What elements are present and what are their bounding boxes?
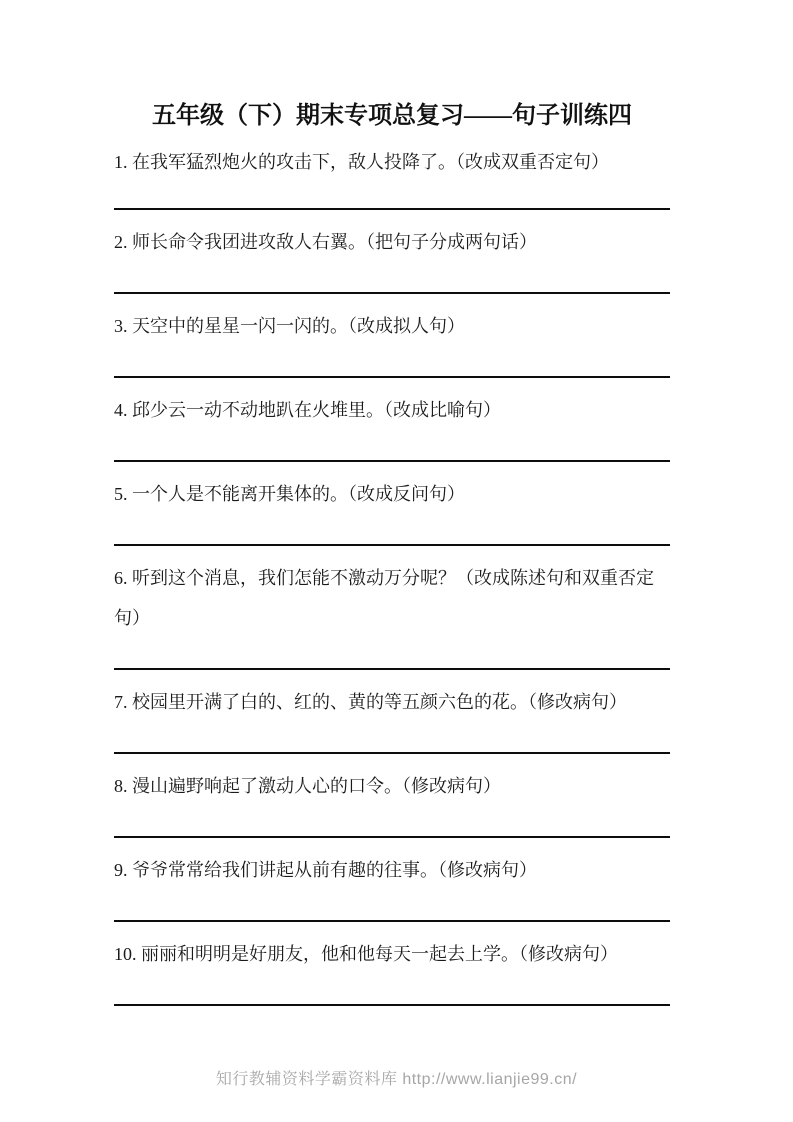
answer-line-5 [114, 544, 670, 546]
exercise-item-5: 5. 一个人是不能离开集体的。（改成反问句） [114, 474, 670, 514]
exercise-item-2: 2. 师长命令我团进攻敌人右翼。（把句子分成两句话） [114, 222, 670, 262]
exercise-list: 1. 在我军猛烈炮火的攻击下，敌人投降了。（改成双重否定句）2. 师长命令我团进… [114, 142, 670, 1006]
answer-line-6 [114, 668, 670, 670]
answer-line-8 [114, 836, 670, 838]
exercise-item-3: 3. 天空中的星星一闪一闪的。（改成拟人句） [114, 306, 670, 346]
exercise-item-1: 1. 在我军猛烈炮火的攻击下，敌人投降了。（改成双重否定句） [114, 142, 670, 182]
answer-line-9 [114, 920, 670, 922]
answer-line-10 [114, 1004, 670, 1006]
answer-line-4 [114, 460, 670, 462]
exercise-item-7: 7. 校园里开满了白的、红的、黄的等五颜六色的花。（修改病句） [114, 682, 670, 722]
page-title: 五年级（下）期末专项总复习——句子训练四 [114, 96, 670, 136]
exercise-item-4: 4. 邱少云一动不动地趴在火堆里。（改成比喻句） [114, 390, 670, 430]
answer-line-7 [114, 752, 670, 754]
worksheet-page: 五年级（下）期末专项总复习——句子训练四 1. 在我军猛烈炮火的攻击下，敌人投降… [114, 96, 670, 1006]
answer-line-2 [114, 292, 670, 294]
exercise-item-10: 10. 丽丽和明明是好朋友，他和他每天一起去上学。（修改病句） [114, 934, 670, 974]
answer-line-1 [114, 208, 670, 210]
exercise-item-6: 6. 听到这个消息，我们怎能不激动万分呢？（改成陈述句和双重否定句） [114, 558, 670, 638]
exercise-item-9: 9. 爷爷常常给我们讲起从前有趣的往事。（修改病句） [114, 850, 670, 890]
exercise-item-8: 8. 漫山遍野响起了激动人心的口令。（修改病句） [114, 766, 670, 806]
answer-line-3 [114, 376, 670, 378]
page-footer-watermark: 知行教辅资料学霸资料库 http://www.lianjie99.cn/ [0, 1066, 793, 1089]
